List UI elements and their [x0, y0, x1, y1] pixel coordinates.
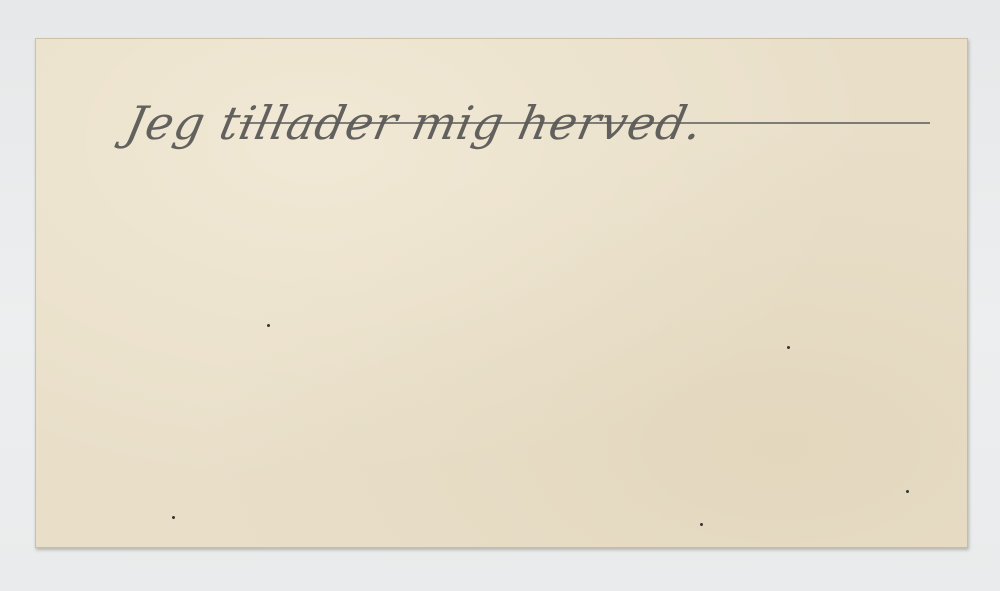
paper-speck [906, 490, 909, 493]
paper-speck [267, 324, 270, 327]
paper-speck [172, 516, 175, 519]
handwritten-card: Jeg tillader mig herved. [35, 38, 968, 548]
paper-speck [700, 523, 703, 526]
paper-speck [787, 346, 790, 349]
strikethrough-line [240, 122, 930, 124]
